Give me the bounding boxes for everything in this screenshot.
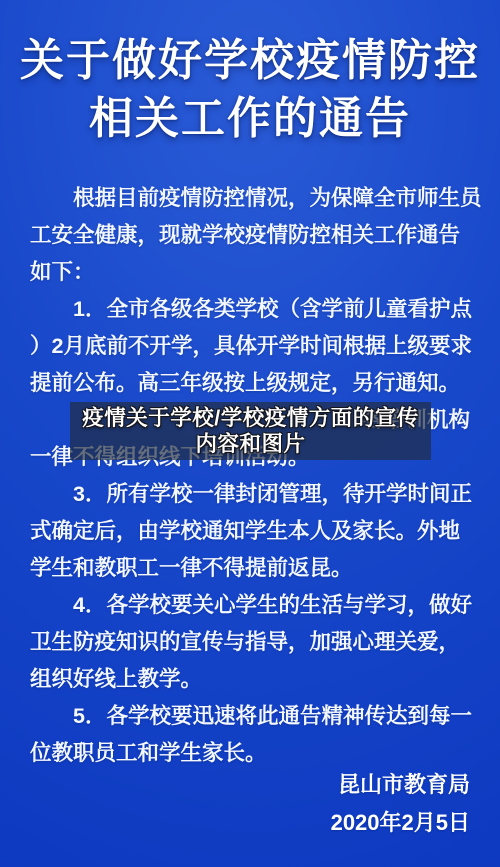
notice-line: 学生和教职工一律不得提前返昆。 xyxy=(30,550,470,587)
signature-date: 2020年2月5日 xyxy=(331,804,470,842)
notice-line: 工安全健康，现就学校疫情防控相关工作通告 xyxy=(30,217,470,254)
notice-line: 根据目前疫情防控情况，为保障全市师生员 xyxy=(30,180,470,217)
notice-line: 式确定后，由学校通知学生本人及家长。外地 xyxy=(30,513,470,550)
notice-body: 根据目前疫情防控情况，为保障全市师生员工安全健康，现就学校疫情防控相关工作通告如… xyxy=(30,180,470,772)
notice-signature: 昆山市教育局 2020年2月5日 xyxy=(331,766,470,841)
notice-line: 组织好线上教学。 xyxy=(30,661,470,698)
notice-title-line-2: 相关工作的通告 xyxy=(0,90,500,148)
caption-overlay: 疫情关于学校/学校疫情方面的宣传 内容和图片 xyxy=(70,402,431,460)
signature-org: 昆山市教育局 xyxy=(331,766,470,804)
notice-line: ）2月底前不开学，具体开学时间根据上级要求 xyxy=(30,328,470,365)
notice-title: 关于做好学校疫情防控 相关工作的通告 xyxy=(0,32,500,148)
notice-line: 1．全市各级各类学校（含学前儿童看护点 xyxy=(30,291,470,328)
notice-line: 5．各学校要迅速将此通告精神传达到每一 xyxy=(30,698,470,735)
notice-poster: 关于做好学校疫情防控 相关工作的通告 根据目前疫情防控情况，为保障全市师生员工安… xyxy=(0,0,500,867)
notice-line: 如下： xyxy=(30,254,470,291)
notice-title-line-1: 关于做好学校疫情防控 xyxy=(0,32,500,90)
notice-line: 3．所有学校一律封闭管理，待开学时间正 xyxy=(30,476,470,513)
notice-line: 4．各学校要关心学生的生活与学习，做好 xyxy=(30,587,470,624)
caption-line-1: 疫情关于学校/学校疫情方面的宣传 xyxy=(82,405,418,431)
notice-line: 卫生防疫知识的宣传与指导，加强心理关爱， xyxy=(30,624,470,661)
caption-line-2: 内容和图片 xyxy=(195,431,305,457)
notice-line: 提前公布。高三年级按上级规定，另行通知。 xyxy=(30,365,470,402)
